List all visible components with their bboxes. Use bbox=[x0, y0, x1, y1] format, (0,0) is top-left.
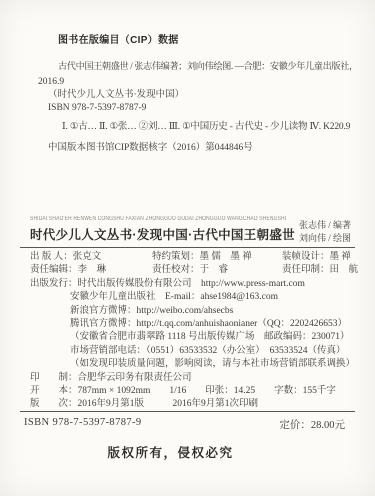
divider-bottom bbox=[20, 411, 355, 412]
isbn-price-row: ISBN 978-7-5397-8787-9 定价：28.00元 bbox=[24, 417, 345, 432]
tencent-weibo-line: 腾讯官方微博：http://t.qq.com/anhuishaonianer（Q… bbox=[30, 318, 365, 331]
edition-line: 版 次：2016年9月第1版 2016年9月第1次印刷 bbox=[30, 398, 365, 411]
publisher-email-line: 安徽少年儿童出版社 E-mail：ahse1984@163.com bbox=[30, 291, 365, 304]
copyright-notice: 版权所有，侵权必究 bbox=[0, 443, 341, 461]
address-line: （安徽省合肥市翡翠路 1118 号出版传媒广场 邮政编码：230071） bbox=[30, 331, 365, 344]
title-block: SHIDAI SHAO'ER RENWEN CONGSHU FAXIAN ZHO… bbox=[30, 216, 351, 243]
author-credit: 张志伟 / 编著 bbox=[299, 219, 351, 232]
cip-isbn-line: ISBN 978-7-5397-8787-9 bbox=[48, 102, 357, 115]
print-supervisor-cell: 责任印制：田 航 bbox=[282, 264, 365, 277]
staff-row-1: 出 版 人：张克文 特约策划：墨 儒 墨 禅 装帧设计：墨 禅 bbox=[30, 251, 365, 264]
publishing-distribution-line: 出版发行：时代出版传媒股份有限公司 http://www.press-mart.… bbox=[30, 278, 365, 291]
proofreader-cell: 责任校对：于 睿 bbox=[152, 264, 282, 277]
editor-cell: 责任编辑：李 琳 bbox=[30, 264, 152, 277]
price-text: 定价：28.00元 bbox=[279, 417, 345, 432]
cip-data-block: 图书在版编目（CIP）数据 古代中国王朝盛世 / 张志伟编著；刘向伟绘图. —合… bbox=[38, 34, 357, 155]
isbn-text: ISBN 978-7-5397-8787-9 bbox=[24, 417, 142, 432]
colophon-block: 出 版 人：张克文 特约策划：墨 儒 墨 禅 装帧设计：墨 禅 责任编辑：李 琳… bbox=[30, 251, 365, 412]
illustrator-credit: 刘向伟 / 绘图 bbox=[299, 232, 351, 245]
cip-heading: 图书在版编目（CIP）数据 bbox=[58, 34, 357, 47]
cip-registration-line: 中国版本图书馆CIP数据核字（2016）第044846号 bbox=[48, 142, 357, 155]
marketing-phone-line: 市场营销部电话：（0551）63533532（办公室） 63533524（传真） bbox=[30, 345, 365, 358]
publisher-person-cell: 出 版 人：张克文 bbox=[30, 251, 152, 264]
format-line: 开 本：787mm × 1092mm 1/16 印张：14.25 字数：155千… bbox=[30, 385, 365, 398]
design-cell: 装帧设计：墨 禅 bbox=[282, 251, 365, 264]
cip-series-note: （时代少儿人文丛书·发现中国） bbox=[48, 89, 357, 102]
quality-notice-line: （如发现印装质量问题，影响阅读，请与本社市场营销部联系调换） bbox=[30, 358, 365, 371]
divider-top bbox=[20, 247, 355, 248]
cip-entry-line-1: 古代中国王朝盛世 / 张志伟编著；刘向伟绘图. —合肥：安徽少年儿童出版社， bbox=[58, 60, 357, 73]
book-copyright-page: 图书在版编目（CIP）数据 古代中国王朝盛世 / 张志伟编著；刘向伟绘图. —合… bbox=[0, 0, 375, 496]
staff-row-2: 责任编辑：李 琳 责任校对：于 睿 责任印制：田 航 bbox=[30, 264, 365, 277]
credits: 张志伟 / 编著 刘向伟 / 绘图 bbox=[299, 219, 351, 245]
cip-entry-line-2: 2016.9 bbox=[38, 76, 357, 89]
special-planning-cell: 特约策划：墨 儒 墨 禅 bbox=[152, 251, 282, 264]
series-pinyin: SHIDAI SHAO'ER RENWEN CONGSHU FAXIAN ZHO… bbox=[30, 216, 293, 222]
printer-line: 印 制：合肥华云印务有限责任公司 bbox=[30, 372, 365, 385]
sina-weibo-line: 新浪官方微博：http://weibo.com/ahsecbs bbox=[30, 305, 365, 318]
cip-classification-line: Ⅰ. ①古… Ⅱ. ①张… ②刘… Ⅲ. ①中国历史 - 古代史 - 少儿读物 … bbox=[62, 121, 357, 134]
